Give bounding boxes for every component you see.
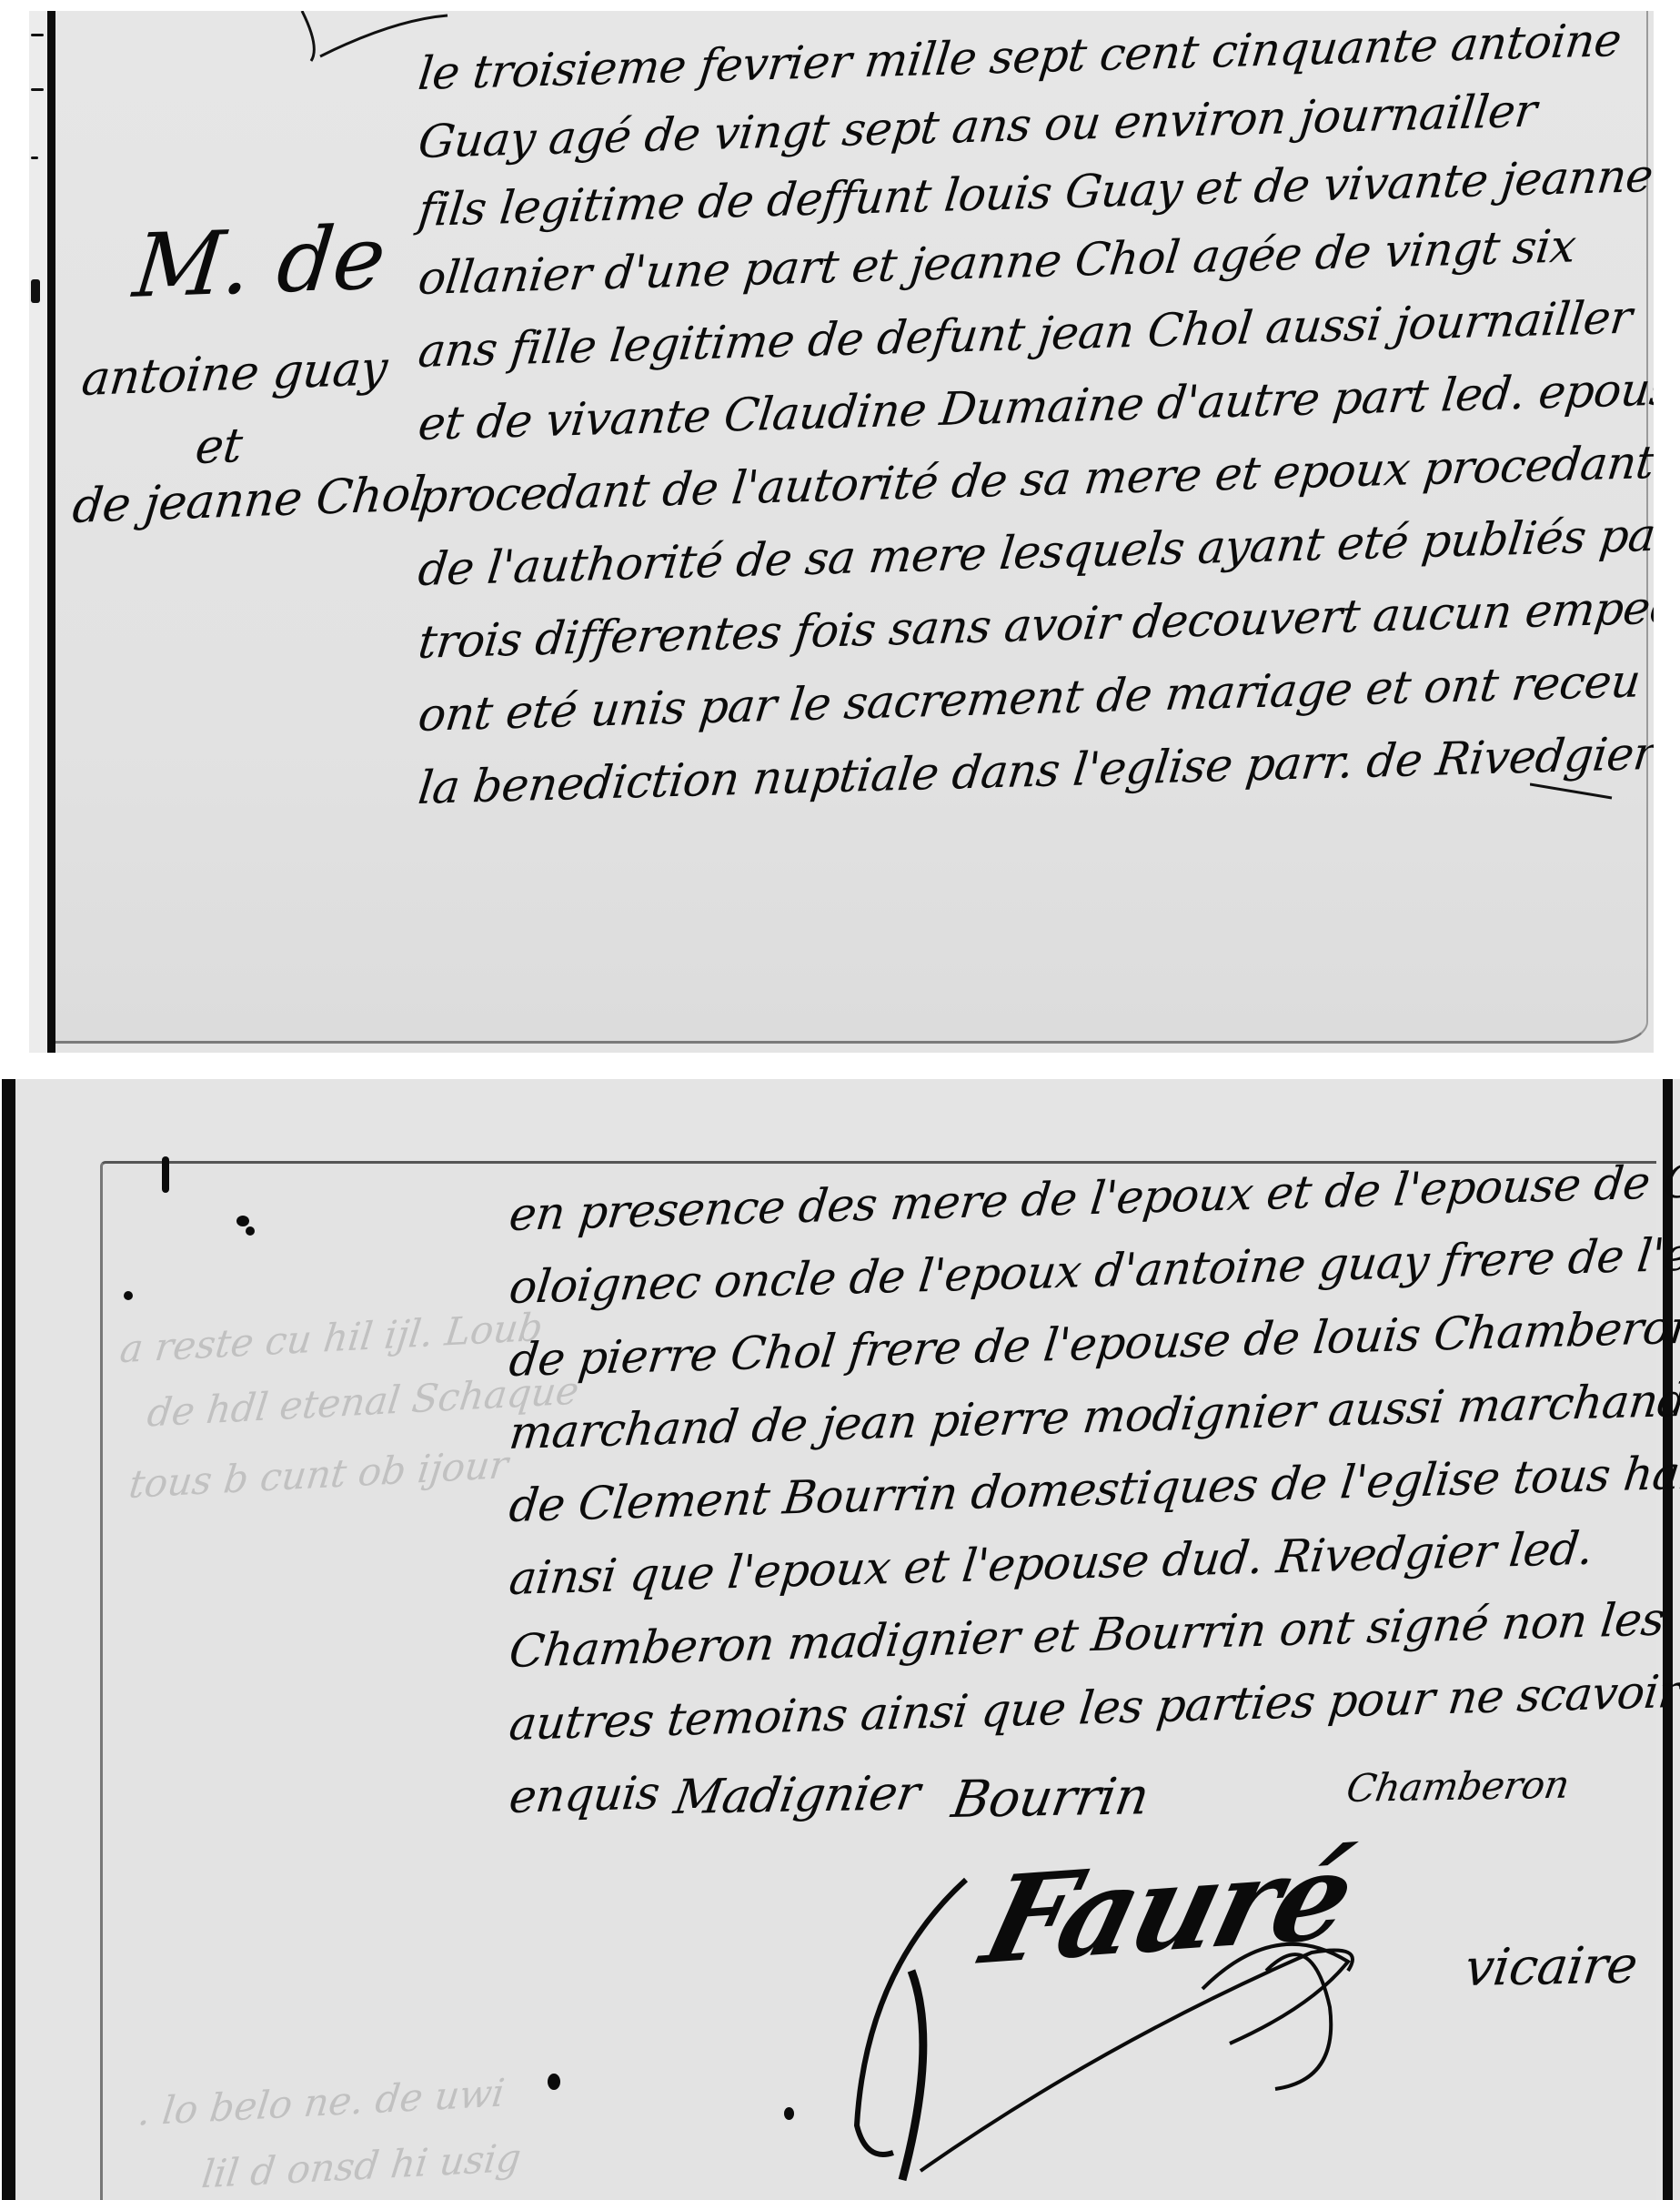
- signature-chamberon: Chamberon: [1343, 1762, 1572, 1811]
- margin-note-and: et: [193, 419, 245, 475]
- ink-blot: [784, 2107, 794, 2120]
- ink-blot: [162, 1156, 169, 1193]
- margin-note-title: M. de: [129, 207, 390, 318]
- binding-edge: [47, 11, 55, 1053]
- record-line: enquis: [507, 1766, 662, 1823]
- ink-blot: [236, 1216, 249, 1226]
- margin-note-groom: antoine guay: [79, 341, 389, 407]
- top-manuscript-scan: M. de antoine guay et de jeanne Chol le …: [29, 11, 1654, 1053]
- signature-madignier: Madignier: [670, 1766, 923, 1825]
- bottom-manuscript-scan: a reste cu hil ijl. Loub de hdl etenal S…: [2, 1079, 1680, 2200]
- left-margin-strip: [29, 11, 47, 1053]
- signature-priest-title: vicaire: [1462, 1936, 1641, 1998]
- signature-priest-name: Fauré: [971, 1824, 1364, 1992]
- ink-blot: [246, 1226, 255, 1236]
- signature-bourrin: Bourrin: [948, 1767, 1152, 1830]
- ink-blot: [124, 1291, 133, 1300]
- ink-blot: [548, 2074, 560, 2090]
- binding-edge: [2, 1079, 15, 2200]
